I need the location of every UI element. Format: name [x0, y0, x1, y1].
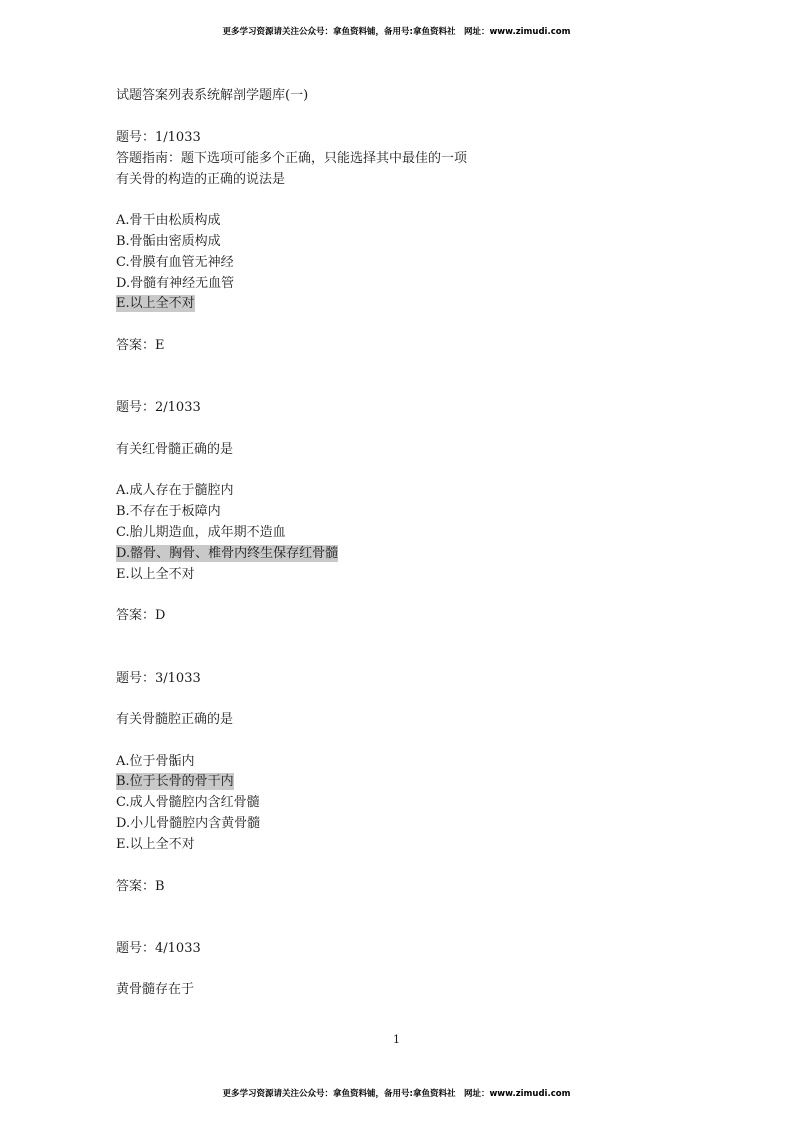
option-b: B.不存在于板障内: [116, 503, 221, 520]
option-b: B.骨骺由密质构成: [116, 233, 221, 250]
question-number: 题号：2/1033: [116, 399, 201, 416]
option-a: A.成人存在于髓腔内: [116, 482, 234, 499]
option-e: E.以上全不对: [116, 566, 195, 583]
question-stem: 有关骨的构造的正确的说法是: [116, 171, 285, 188]
answer: 答案：D: [116, 607, 165, 624]
question-stem: 黄骨髓存在于: [116, 981, 194, 998]
option-d: D.小儿骨髓腔内含黄骨髓: [116, 815, 260, 832]
page-number: 1: [0, 1033, 793, 1046]
question-stem: 有关红骨髓正确的是: [116, 441, 233, 458]
footer-banner: 更多学习资源请关注公众号：拿鱼资料铺，备用号:拿鱼资料社 网址：www.zimu…: [0, 1087, 793, 1099]
question-number: 题号：3/1033: [116, 670, 201, 687]
option-c: C.胎儿期造血，成年期不造血: [116, 524, 286, 541]
option-e: E.以上全不对: [116, 836, 195, 853]
option-d: D.骨髓有神经无血管: [116, 275, 234, 292]
option-c: C.成人骨髓腔内含红骨髓: [116, 794, 260, 811]
option-b-correct: B.位于长骨的骨干内: [116, 773, 234, 790]
document-title: 试题答案列表系统解剖学题库(一): [116, 87, 308, 104]
question-number: 题号：4/1033: [116, 940, 201, 957]
question-guide: 答题指南：题下选项可能多个正确，只能选择其中最佳的一项: [116, 150, 467, 167]
option-a: A.位于骨骺内: [116, 753, 195, 770]
option-e-correct: E.以上全不对: [116, 295, 195, 312]
option-c: C.骨膜有血管无神经: [116, 254, 234, 271]
header-banner: 更多学习资源请关注公众号：拿鱼资料铺，备用号:拿鱼资料社 网址：www.zimu…: [0, 25, 793, 37]
option-a: A.骨干由松质构成: [116, 212, 221, 229]
answer: 答案：E: [116, 337, 165, 354]
question-number: 题号：1/1033: [116, 129, 201, 146]
option-d-correct: D.髂骨、胸骨、椎骨内终生保存红骨髓: [116, 545, 338, 562]
answer: 答案：B: [116, 878, 165, 895]
question-stem: 有关骨髓腔正确的是: [116, 711, 233, 728]
